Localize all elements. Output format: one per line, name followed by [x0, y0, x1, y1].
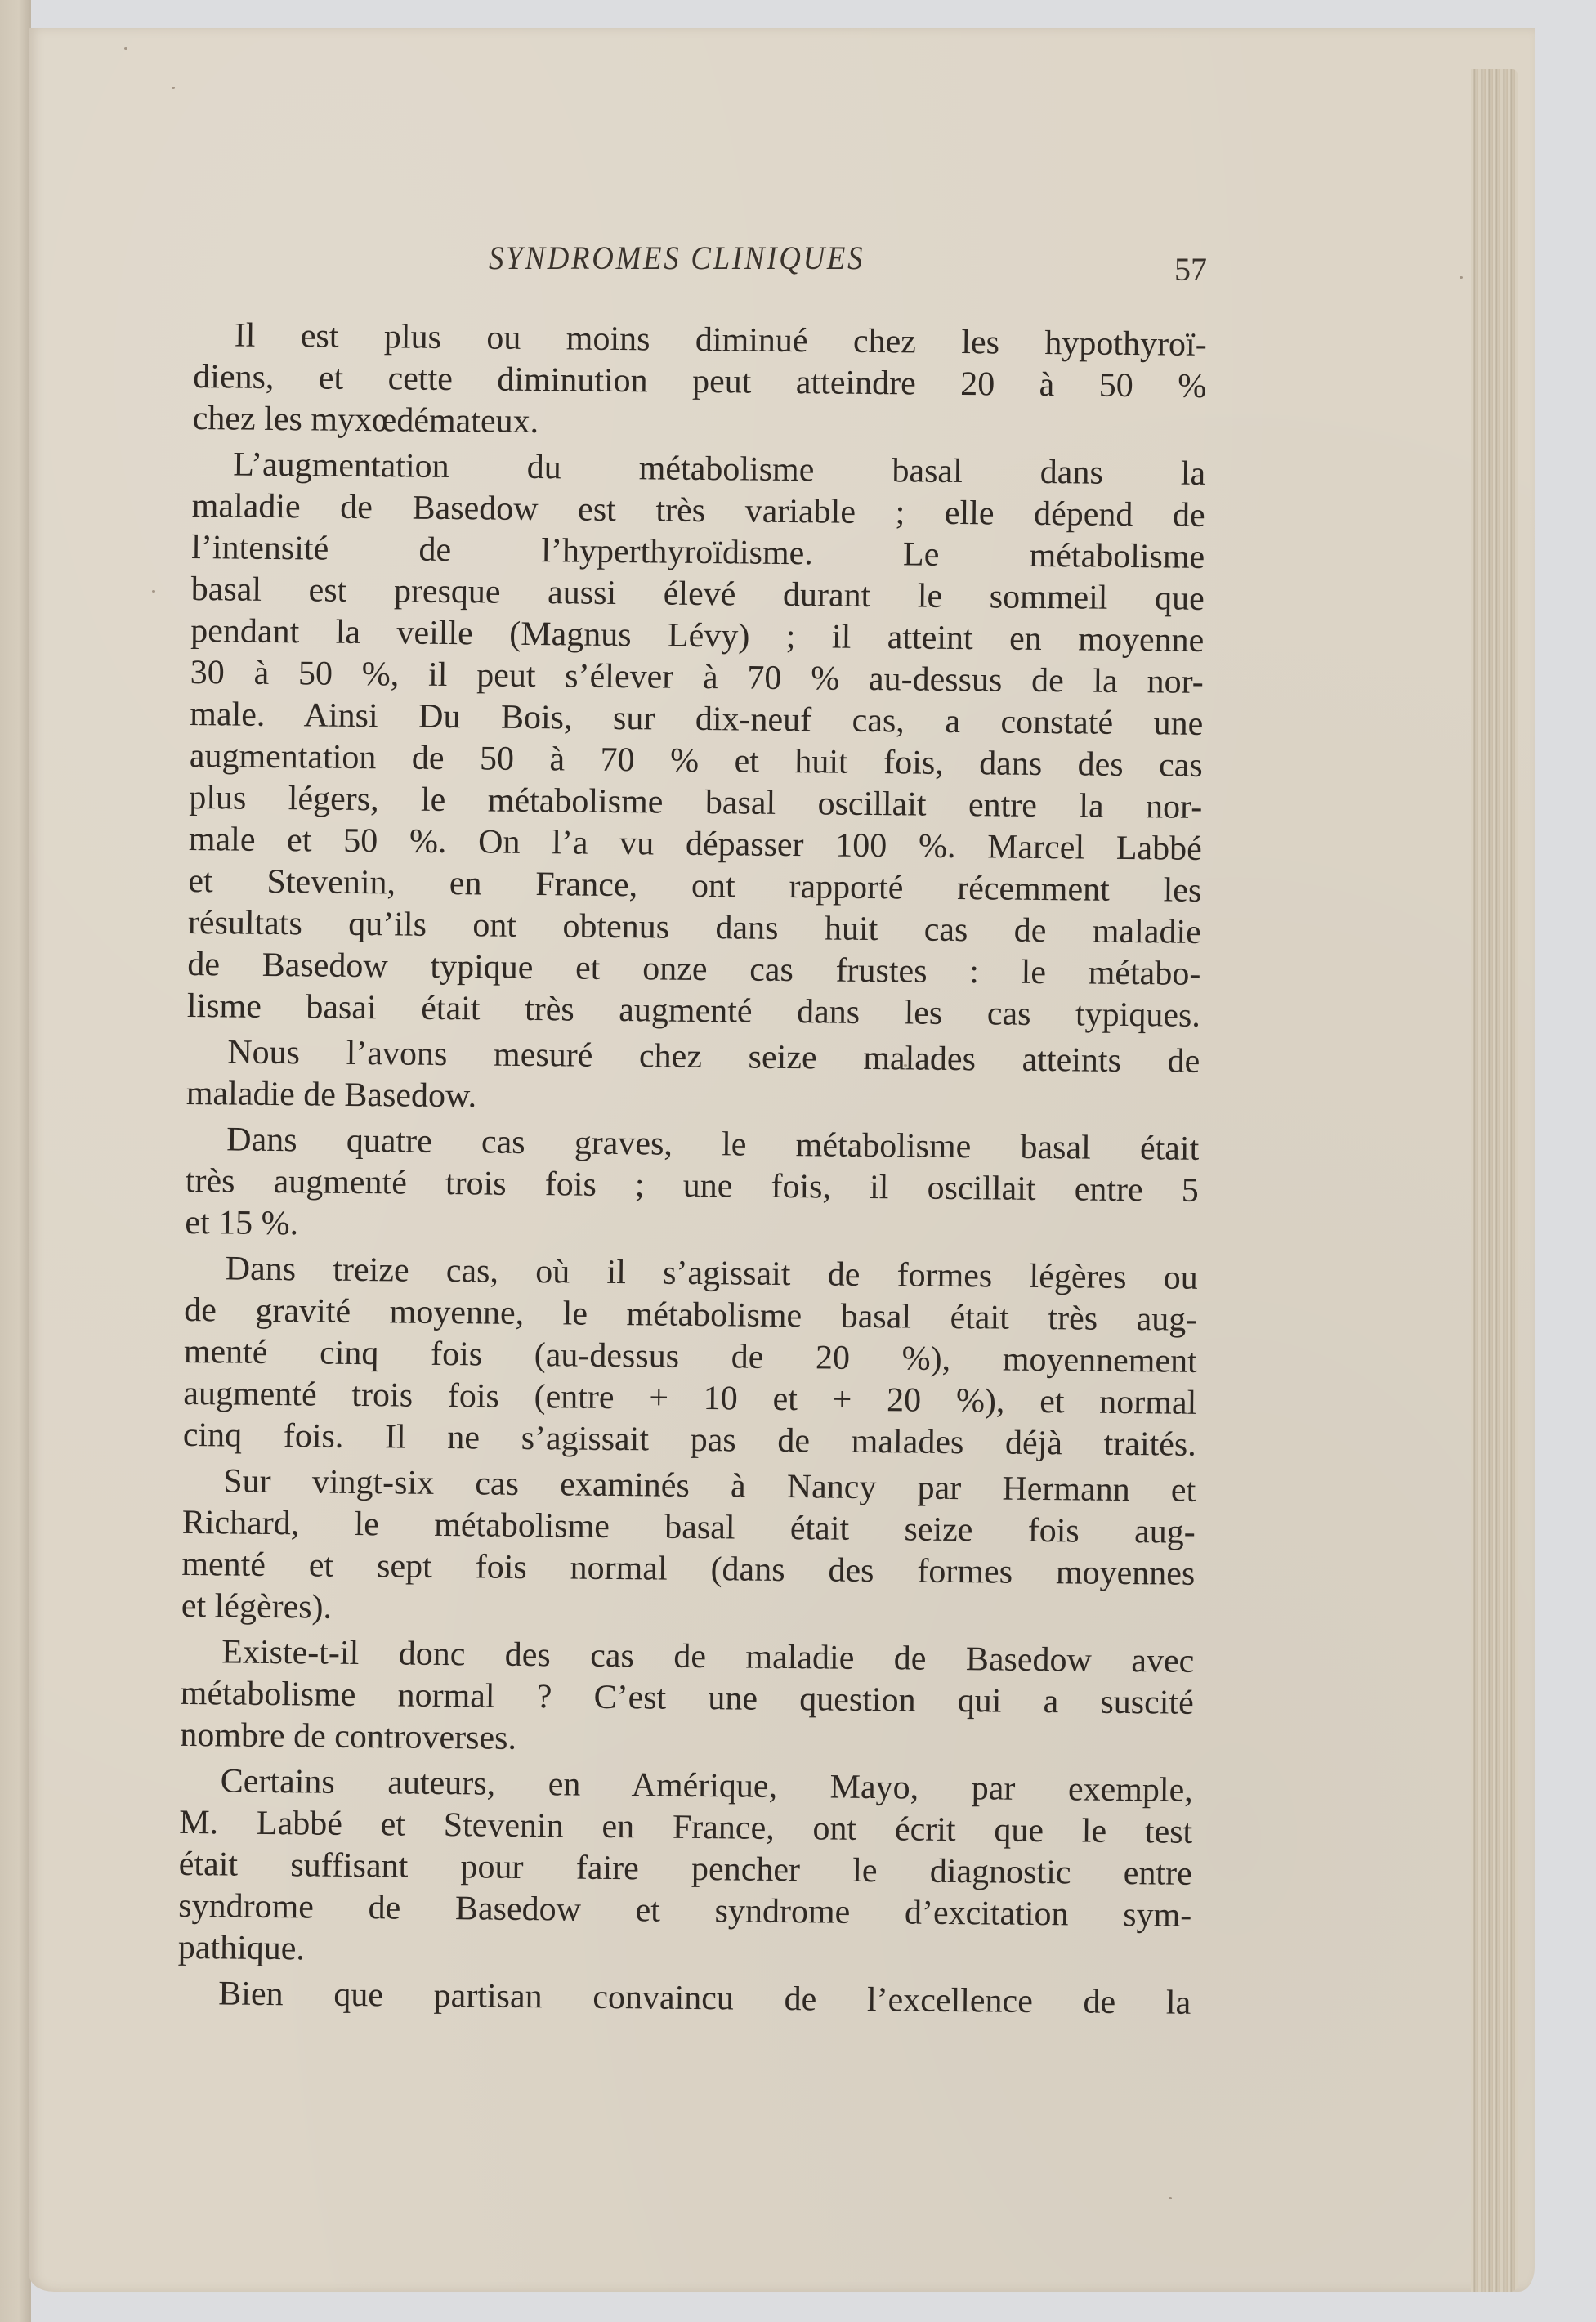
text-line: Bien que partisan convaincu de l’excelle… [177, 1973, 1191, 2024]
body-text: Il est plus ou moins diminué chez les hy… [177, 315, 1207, 2029]
paragraph: Existe-t-il donc des cas de maladie de B… [180, 1631, 1194, 1766]
paragraph: Nous l’avons mesuré chez seize malades a… [186, 1031, 1200, 1125]
paper-speck [152, 590, 155, 593]
paper-speck [904, 1064, 907, 1067]
paper-speck [1460, 276, 1463, 279]
paper-speck [124, 47, 127, 50]
paragraph: Bien que partisan convaincu de l’excelle… [177, 1973, 1191, 2024]
paragraph: L’augmentation du métabolisme basal dans… [187, 444, 1206, 1037]
paragraph: Sur vingt-six cas examinés à Nancy par H… [181, 1461, 1196, 1637]
paragraph: Il est plus ou moins diminué chez les hy… [193, 315, 1207, 450]
page-number: 57 [1174, 250, 1207, 289]
paper-speck [172, 87, 175, 89]
text-line: lisme basai était très augmenté dans les… [187, 986, 1200, 1037]
text-line: cinq fois. Il ne s’agissait pas de malad… [183, 1415, 1196, 1466]
facing-page-edge [0, 0, 31, 2322]
paragraph: Certains auteurs, en Amérique, Mayo, par… [178, 1761, 1193, 1979]
paragraph: Dans treize cas, où il s’agissait de for… [183, 1248, 1198, 1466]
paragraph: Dans quatre cas graves, le métabolisme b… [185, 1119, 1199, 1254]
paper-speck [1169, 2197, 1172, 2199]
running-header: SYNDROMES CLINIQUES [489, 239, 865, 277]
page-block-edge [1471, 69, 1518, 2292]
